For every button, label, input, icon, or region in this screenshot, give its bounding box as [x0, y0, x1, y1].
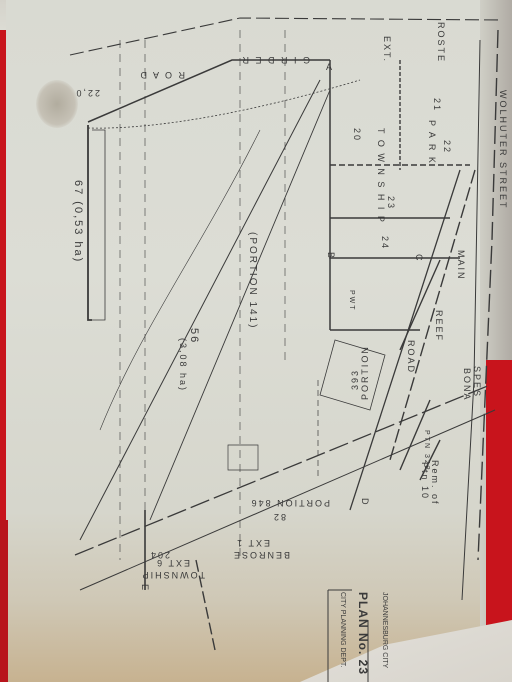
township-label: T O W N S H I P	[376, 128, 386, 224]
portion-393-label: PORTION	[360, 345, 370, 400]
portion-67-label: 67 (0,53 ha)	[72, 180, 84, 263]
benrose-label: BENROSE	[232, 550, 290, 560]
benrose-ext1-label: EXT 1	[235, 538, 270, 548]
wolhuter-street-label: WOLHUTER STREET	[498, 90, 508, 210]
portion-846-label: PORTION 846	[250, 498, 330, 508]
ptn-323-label: PTN 323	[423, 430, 430, 472]
beacon-a: A	[326, 62, 334, 72]
stamp-department: CITY PLANNING DEPT.	[339, 592, 346, 667]
road-label: ROAD	[406, 340, 416, 374]
erf-204: 204	[149, 550, 170, 560]
road-width-label: 22,0	[74, 88, 100, 98]
beacon-d: D	[360, 498, 370, 507]
rem-of-label: Rem. of	[430, 460, 440, 506]
pwt-label: PWT	[348, 290, 355, 312]
reef-road-label: REEF	[434, 310, 444, 342]
erf-20: 20	[352, 128, 362, 142]
portion-141-label: (PORTION 141)	[247, 232, 258, 330]
stamp-city: JOHANNESBURG CITY	[381, 592, 388, 668]
beacon-c: C	[414, 254, 424, 263]
erf-24: 24	[380, 236, 390, 250]
portion-393-number: 393	[350, 369, 360, 390]
spes-label: SPES	[472, 366, 482, 398]
erf-22: 22	[442, 140, 452, 154]
erf-21: 21	[432, 98, 442, 112]
erf-23: 23	[386, 196, 396, 210]
rosettenville-label: ROSTE	[436, 22, 446, 63]
main-road-label: MAIN	[456, 250, 466, 281]
portion-56-area: (3,08 ha)	[178, 338, 188, 392]
girder-label: G I R D E R	[240, 55, 310, 65]
erf-82: 82	[272, 512, 286, 522]
ext-label: EXT.	[382, 36, 392, 63]
township-ext6-label: TOWNSHIP	[141, 570, 205, 580]
girder-road-label: R O A D	[138, 70, 185, 80]
stamp-plan-number: PLAN No. 23	[356, 592, 370, 675]
bona-label: BONA	[462, 368, 472, 402]
portion-56-label: 56	[188, 328, 200, 344]
beacon-b: B	[326, 252, 336, 260]
beacon-e: E	[140, 584, 150, 592]
park-label: P A R K	[427, 120, 437, 165]
